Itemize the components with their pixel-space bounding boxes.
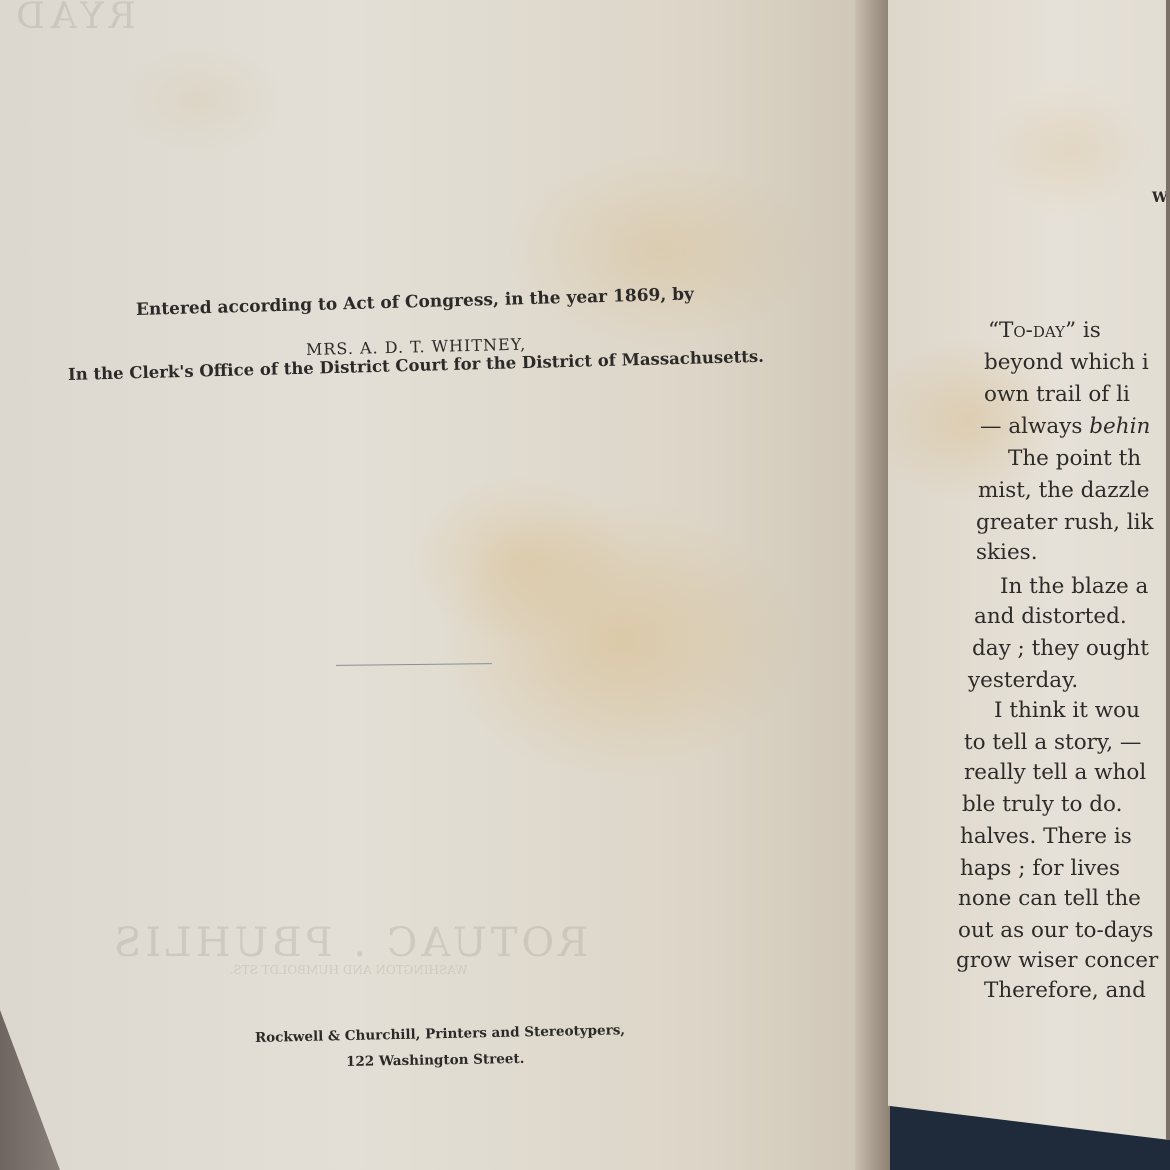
text-line: In the blaze a <box>1000 574 1148 599</box>
text-line: day ; they ought <box>972 636 1149 661</box>
text-line: really tell a whol <box>964 760 1146 785</box>
text-line: grow wiser concer <box>956 948 1158 973</box>
left-page <box>0 0 868 1170</box>
bleed-through-small: WASHINGTON AND HUMBOLDT STS. <box>230 963 468 977</box>
text-line: none can tell the <box>958 886 1141 911</box>
text-line: Therefore, and <box>984 978 1146 1003</box>
text-line: and distorted. <box>974 604 1127 629</box>
page-edge <box>1166 0 1170 1140</box>
text-line: mist, the dazzle <box>978 478 1150 503</box>
text-line: to tell a story, — <box>964 730 1141 755</box>
book-photo: RYAD ROTUAC . PBUHLIS WASHINGTON AND HUM… <box>0 0 1170 1170</box>
text-line: skies. <box>976 540 1038 565</box>
bleed-through-top: RYAD <box>10 0 136 37</box>
text-line: — always behin <box>980 414 1150 439</box>
bleed-through-middle: ROTUAC . PBUHLIS <box>110 920 588 966</box>
gutter-shadow <box>855 0 890 1170</box>
text-line: own trail of li <box>984 382 1130 407</box>
text-line: “To-day” is <box>988 318 1101 343</box>
text-line: yesterday. <box>968 668 1078 693</box>
text-line: halves. There is <box>960 824 1132 849</box>
text-line: The point th <box>1008 446 1141 471</box>
printer-address: 122 Washington Street. <box>346 1051 525 1070</box>
text-line: I think it wou <box>994 698 1140 723</box>
text-line: out as our to-days <box>958 918 1153 943</box>
text-line: beyond which i <box>984 350 1149 375</box>
text-line: ble truly to do. <box>962 792 1122 817</box>
text-line: greater rush, lik <box>976 510 1154 535</box>
text-line: haps ; for lives <box>960 856 1120 881</box>
